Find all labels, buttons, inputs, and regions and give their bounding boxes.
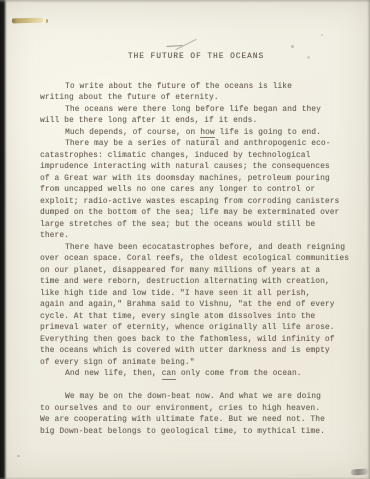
text-line: large stretches of the sea; but the ocea… — [40, 220, 352, 232]
paragraph: The oceans were there long before life b… — [40, 105, 352, 128]
text-line: We may be on the down-beat now. And what… — [40, 392, 352, 404]
paper-speck — [17, 455, 20, 457]
paper-speck — [291, 45, 294, 48]
text-line: exploit; radio-active wastes escaping fr… — [40, 197, 352, 209]
text-line: catastrophes: climatic changes, induced … — [40, 151, 352, 163]
text-line: primeval water of eternity, whence origi… — [40, 323, 352, 335]
text-line: And new life, then, can only come from t… — [40, 369, 352, 381]
text-line: of every sign of animate being." — [40, 358, 352, 370]
scan-edge-top — [0, 0, 370, 3]
text-line: there. — [40, 231, 352, 243]
text-line: like high tide and low tide. "I have see… — [40, 289, 352, 301]
scanned-page: THE FUTURE OF THE OCEANS To write about … — [0, 0, 370, 479]
paper-speck — [321, 34, 323, 36]
paragraph: There may be a series of natural and ant… — [40, 139, 352, 243]
text-line: on our planet, disappeared for many mill… — [40, 266, 352, 278]
text-line: There have been ecocatastrophes before, … — [40, 243, 352, 255]
tape-residue-mark — [12, 18, 43, 24]
text-line: to ourselves and to our environment, cri… — [40, 404, 352, 416]
underlined-word: can — [162, 370, 177, 380]
text-line: writing about the future of eternity. — [40, 93, 352, 105]
text-line: the oceans which is covered with utter d… — [40, 346, 352, 358]
text-line: will be there long after it ends, if it … — [40, 116, 352, 128]
text-line: Everything then goes back to the fathoml… — [40, 335, 352, 347]
text-line: We are cooperating with ultimate fate. B… — [40, 415, 352, 427]
text-line: again and again," Brahma said to Vishnu,… — [40, 300, 352, 312]
text-line: from uncapped wells no one cares any lon… — [40, 185, 352, 197]
text-line: of a Great war with its doomsday machine… — [40, 174, 352, 186]
text-line: over ocean space. Coral reefs, the oldes… — [40, 254, 352, 266]
tape-residue-dot — [46, 19, 48, 23]
underlined-word: how — [200, 129, 215, 139]
paragraph: To write about the future of the oceans … — [40, 82, 352, 105]
text-line: time and were reborn, destruction altern… — [40, 277, 352, 289]
text-line: cycle. At that time, every single atom d… — [40, 312, 352, 324]
paragraph: We may be on the down-beat now. And what… — [40, 392, 352, 438]
pencil-mark — [163, 37, 201, 52]
scan-edge-left — [0, 0, 7, 479]
text-line: To write about the future of the oceans … — [40, 82, 352, 94]
text-line: There may be a series of natural and ant… — [40, 139, 352, 151]
document-body: To write about the future of the oceans … — [40, 82, 352, 439]
typewritten-text: THE FUTURE OF THE OCEANS To write about … — [40, 52, 352, 438]
text-line: Much depends, of course, on how life is … — [40, 128, 352, 140]
paragraph: And new life, then, can only come from t… — [40, 369, 352, 381]
smudge-mark — [351, 468, 368, 475]
document-title: THE FUTURE OF THE OCEANS — [40, 52, 352, 64]
text-line: imprudence interacting with natural caus… — [40, 162, 352, 174]
paragraph: Much depends, of course, on how life is … — [40, 128, 352, 140]
text-line: The oceans were there long before life b… — [40, 105, 352, 117]
paragraph: There have been ecocatastrophes before, … — [40, 243, 352, 370]
text-line: dumped on the bottom of the sea; life ma… — [40, 208, 352, 220]
text-line: big Down-beat belongs to geological time… — [40, 427, 352, 439]
